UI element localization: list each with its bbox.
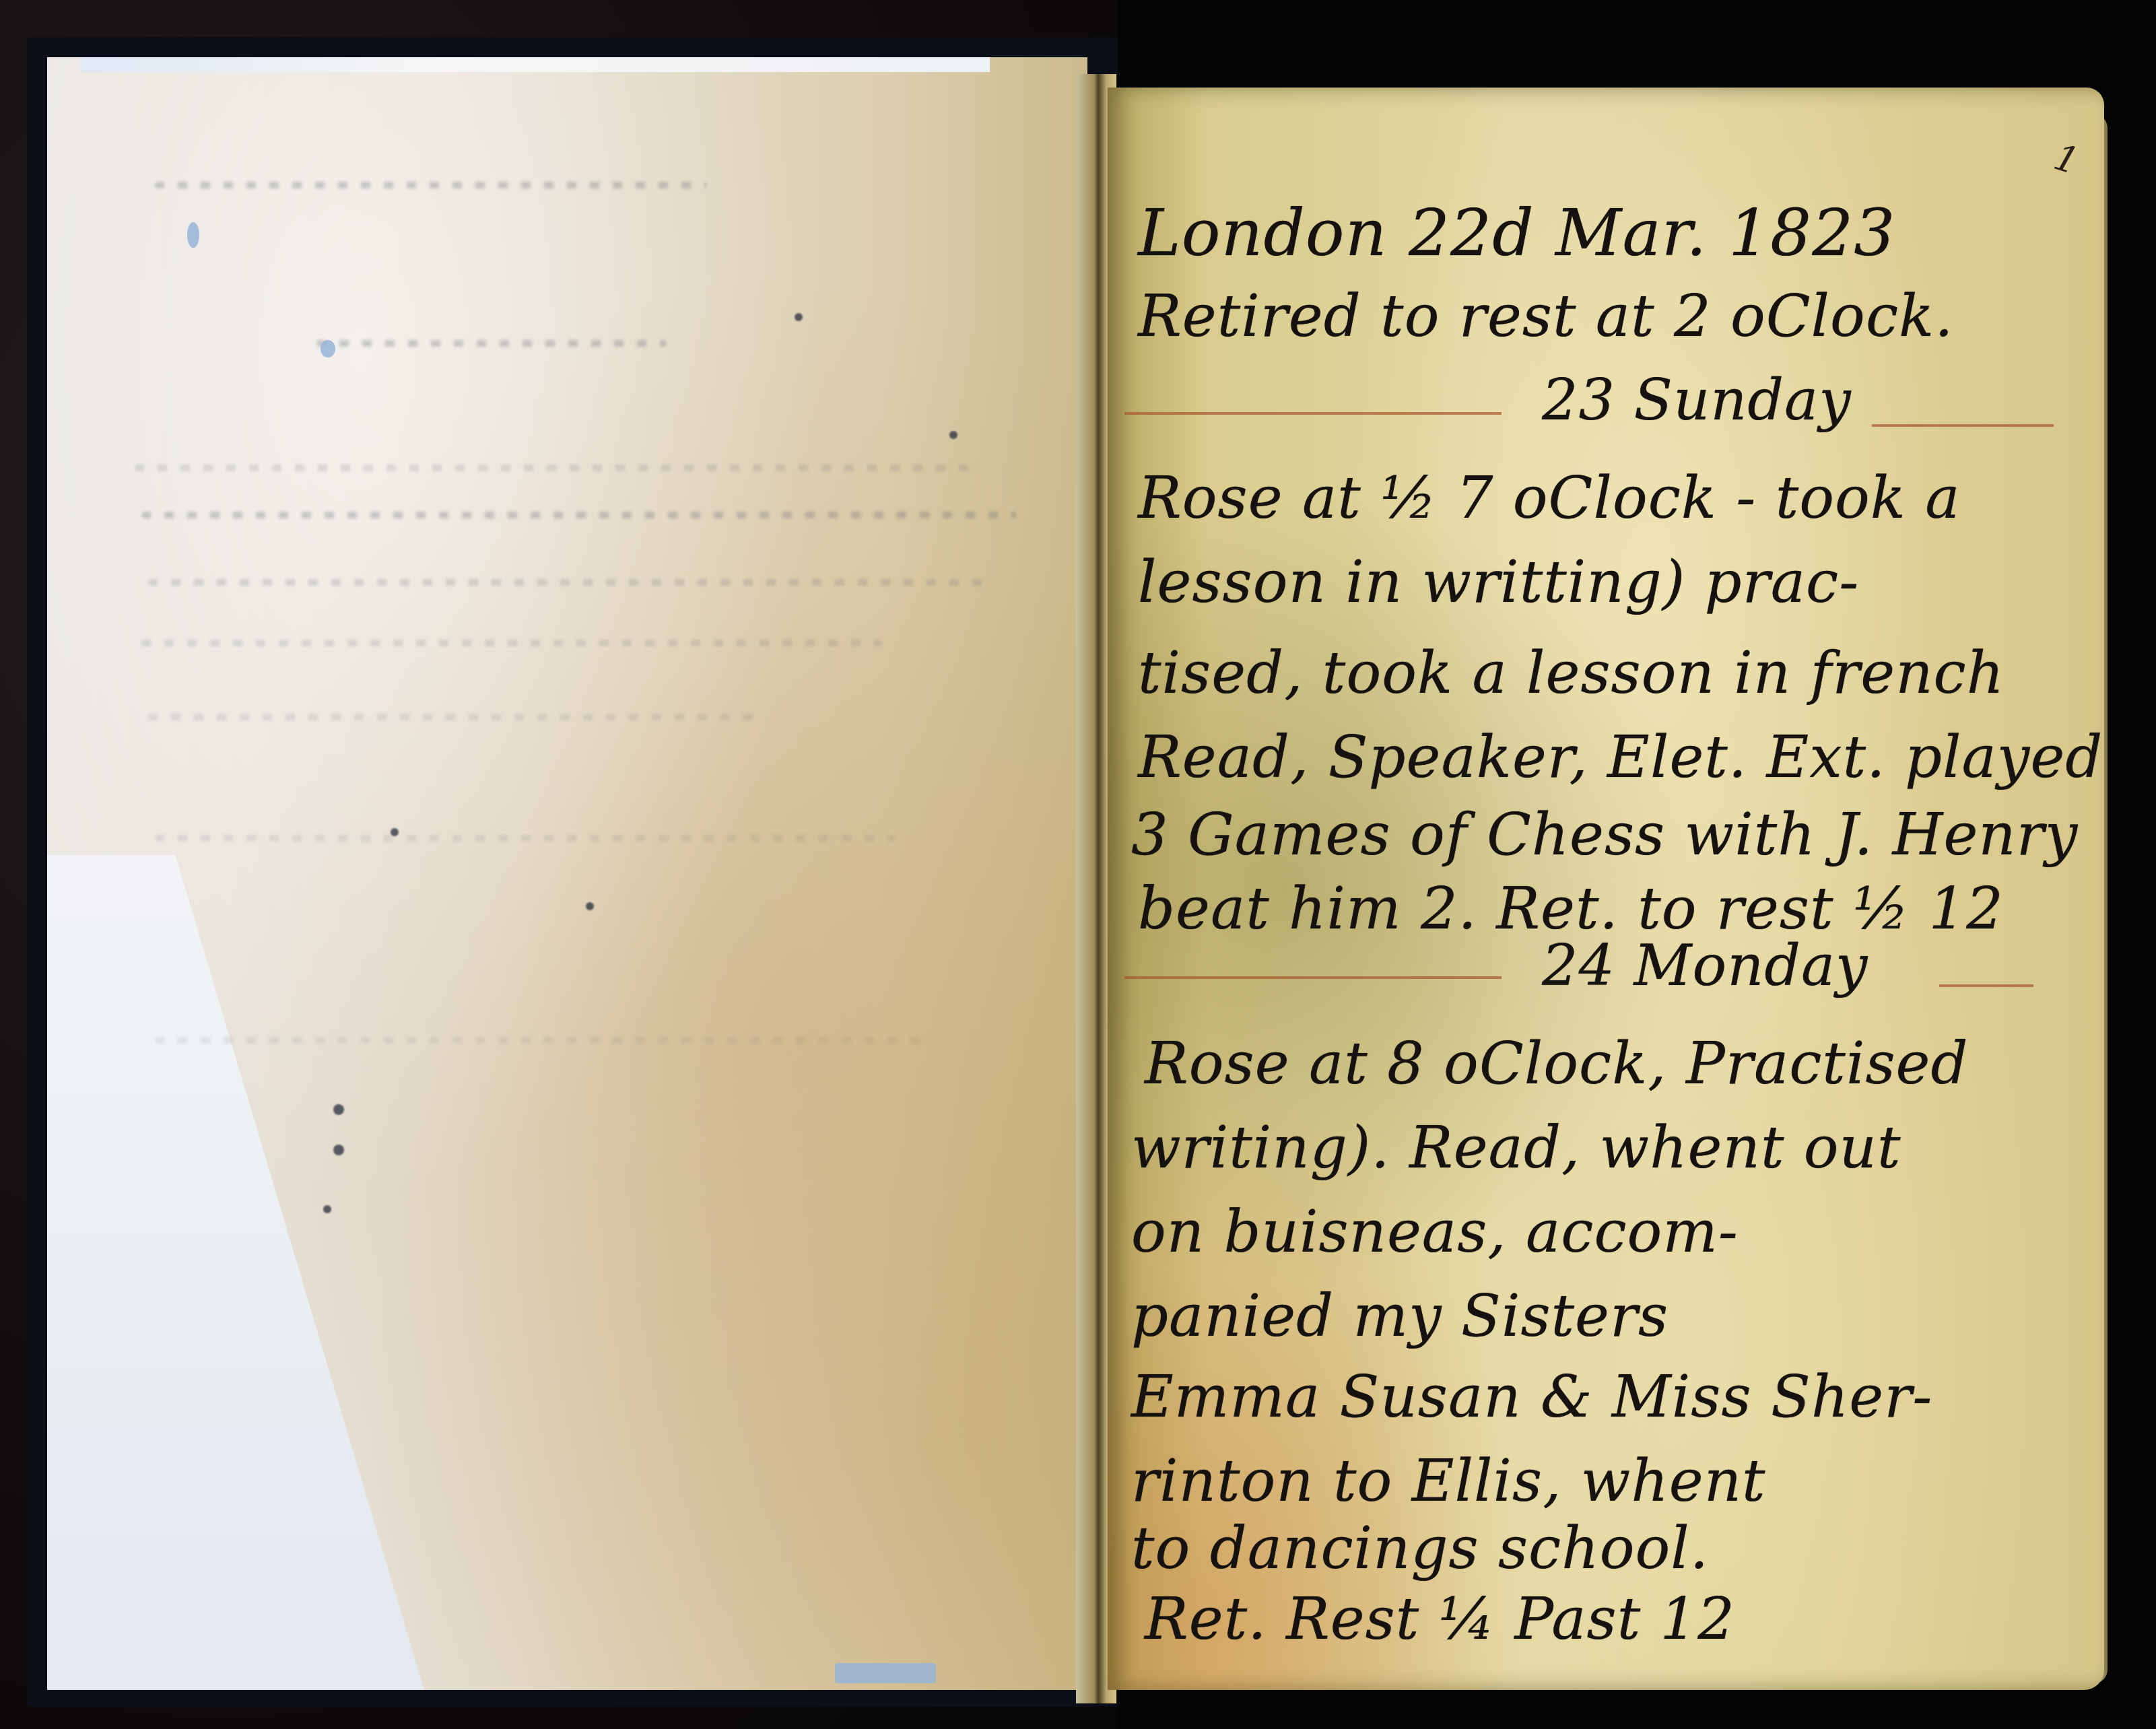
diary-line: Emma Susan & Miss Sher-	[1131, 1363, 1932, 1431]
diary-line: Read, Speaker, Elet. Ext. played	[1138, 724, 2103, 791]
ruled-line-right	[1939, 984, 2033, 987]
ink-spot	[391, 828, 399, 836]
diary-line: lesson in writting) prac-	[1138, 549, 1859, 616]
entry-heading-date: London 22d Mar. 1823	[1138, 195, 1895, 271]
bleed-through-mark	[141, 640, 882, 646]
diary-line: Rose at 8 oClock, Practised	[1145, 1030, 1968, 1097]
day-heading-sunday: 23 Sunday	[1542, 367, 1852, 433]
bleed-through-mark	[141, 512, 1017, 518]
diary-line: Retired to rest at 2 oClock.	[1138, 283, 1954, 350]
bleed-through-mark	[155, 835, 896, 842]
ink-spot	[333, 1145, 344, 1155]
blue-stain	[187, 222, 199, 248]
diary-line: Ret. Rest ¼ Past 12	[1145, 1586, 1735, 1653]
bleed-through-mark	[148, 579, 990, 586]
ink-spot	[333, 1104, 344, 1115]
ruled-line-left	[1124, 412, 1502, 415]
bleed-through-mark	[316, 340, 667, 347]
diary-line: rinton to Ellis, whent	[1131, 1448, 1766, 1515]
ink-spot	[323, 1205, 331, 1213]
ruled-line-right	[1872, 424, 2054, 427]
bleed-through-mark	[135, 465, 976, 471]
diary-line: panied my Sisters	[1131, 1283, 1669, 1350]
blue-stain	[321, 340, 335, 358]
ink-spot	[586, 902, 594, 910]
ink-spot	[949, 431, 957, 439]
bleed-through-mark	[155, 182, 707, 189]
left-page-top-strip	[81, 57, 990, 72]
blue-stain	[835, 1663, 936, 1683]
day-heading-monday: 24 Monday	[1542, 933, 1868, 998]
diary-line: 3 Games of Chess with J. Henry	[1131, 801, 2078, 869]
diary-line: tised, took a lesson in french	[1138, 640, 2005, 707]
bleed-through-mark	[148, 714, 754, 720]
bleed-through-mark	[155, 1037, 929, 1044]
open-diary-photo: 1 London 22d Mar. 1823 Retired to rest a…	[0, 0, 2156, 1729]
diary-line: writing). Read, whent out	[1131, 1114, 1901, 1182]
diary-line: on buisneas, accom-	[1131, 1198, 1739, 1266]
diary-line: Rose at ½ 7 oClock - took a	[1138, 465, 1961, 532]
ink-spot	[795, 313, 803, 321]
diary-line: to dancings school.	[1131, 1515, 1709, 1582]
ruled-line-left	[1124, 976, 1502, 979]
